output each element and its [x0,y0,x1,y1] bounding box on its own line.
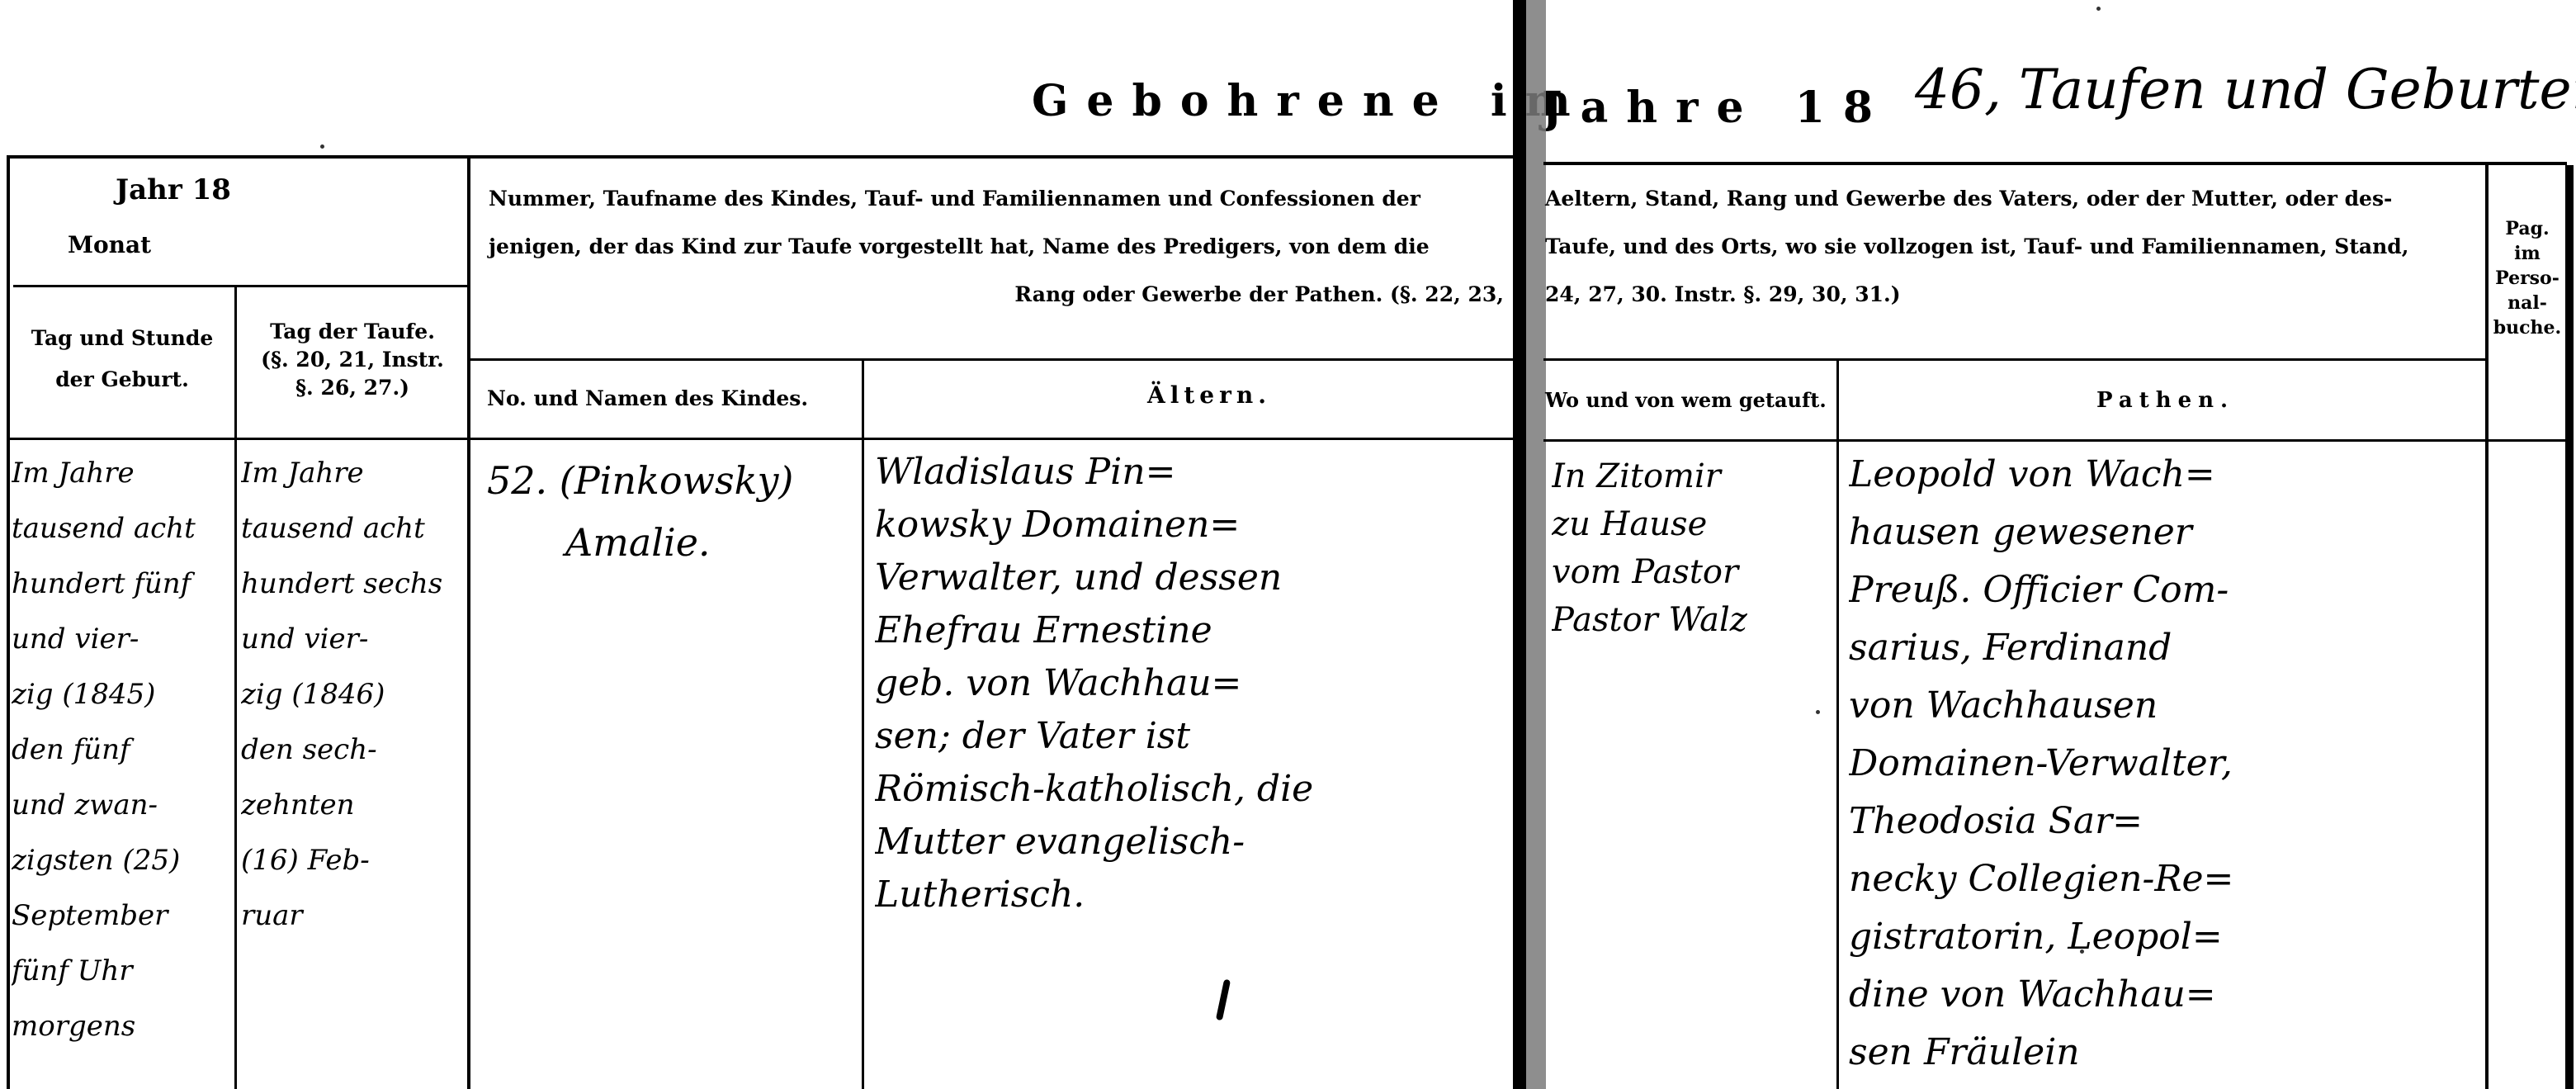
pag-header-line1: Pag. [2489,216,2565,241]
date-header-divider [13,285,467,287]
entry-godparents: Leopold von Wach= hausen gewesener Preuß… [1849,446,2484,1082]
pag-header-line5: buche. [2489,315,2565,340]
month-label: Monat [68,231,151,258]
table-left-border [7,155,10,1089]
birth-column-header: Tag und Stunde der Geburt. [12,318,233,400]
pag-header-line4: nal- [2489,291,2565,315]
child-parents-divider [862,358,864,1089]
baptism-column-header: Tag der Taufe. (§. 20, 21, Instr. §. 26,… [238,318,467,402]
right-main-header: Aeltern, Stand, Rang und Gewerbe des Vat… [1545,175,2478,319]
entry-birth-date: Im Jahre tausend acht hundert fünf und v… [12,446,233,1054]
book-gutter [1513,0,1526,1089]
right-main-header-line3: 24, 27, 30. Instr. §. 29, 30, 31.) [1545,271,2478,319]
entry-surname: (Pinkowsky) [560,458,794,503]
birth-baptism-divider [234,287,237,1089]
page-title-year-printed: Jahre 18 [1542,83,1891,133]
entry-baptism-date: Im Jahre tausend acht hundert sechs und … [241,446,466,944]
left-main-header-line3: Rang oder Gewerbe der Pathen. (§. 22, 23… [489,271,1504,319]
table-top-border [8,155,1515,159]
paper-speck [320,144,324,149]
subheader-bottom-left [467,438,1515,440]
where-column-header: Wo und von wem getauft. [1545,388,1827,412]
entry-given-name: Amalie. [487,512,858,574]
parents-column-header: Ältern. [1147,381,1271,409]
baptism-header-line1: Tag der Taufe. [238,318,467,346]
baptism-header-line3: §. 26, 27.) [238,374,467,402]
pag-column-header: Pag. im Perso- nal- buche. [2489,216,2565,340]
date-subheader-bottom [8,438,467,440]
godparents-column-header: Pathen. [2096,388,2234,413]
where-godparents-divider [1836,358,1839,1089]
right-main-header-line2: Taufe, und des Orts, wo sie vollzogen is… [1545,223,2478,271]
paper-speck [2096,7,2101,11]
page-title-year-handwritten: 46, Taufen und Geburten [1915,58,2576,121]
entry-number: 52. [487,458,547,503]
entry-parents: Wladislaus Pin= kowsky Domainen= Verwalt… [875,446,1510,921]
right-table-top-border [1543,162,2567,165]
paper-speck [1816,710,1820,714]
baptism-header-line2: (§. 20, 21, Instr. [238,346,467,374]
ink-mark [1216,979,1231,1021]
pag-header-line2: im [2489,241,2565,266]
pag-column-divider [2485,162,2489,1089]
pag-header-line3: Perso- [2489,266,2565,291]
page-title-left: Gebohrene im [1032,76,1589,126]
date-section-border [467,155,470,1089]
child-column-header: No. und Namen des Kindes. [487,386,808,410]
year-label: Jahr 18 [116,173,231,206]
paper-speck [2080,949,2084,954]
birth-header-line2: der Geburt. [12,359,233,400]
main-header-divider-right [1543,358,2487,361]
left-main-header-line1: Nummer, Taufname des Kindes, Tauf- und F… [489,175,1504,223]
main-header-divider-left [467,358,1515,361]
left-main-header: Nummer, Taufname des Kindes, Tauf- und F… [489,175,1504,319]
subheader-bottom-right [1543,439,2567,442]
right-main-header-line1: Aeltern, Stand, Rang und Gewerbe des Vat… [1545,175,2478,223]
entry-where-by-whom: In Zitomir zu Hause vom Pastor Pastor Wa… [1552,452,1832,644]
left-main-header-line2: jenigen, der das Kind zur Taufe vorgeste… [489,223,1504,271]
entry-child: 52. (Pinkowsky) Amalie. [487,450,858,574]
birth-header-line1: Tag und Stunde [12,318,233,359]
right-page-edge [2565,165,2574,1089]
